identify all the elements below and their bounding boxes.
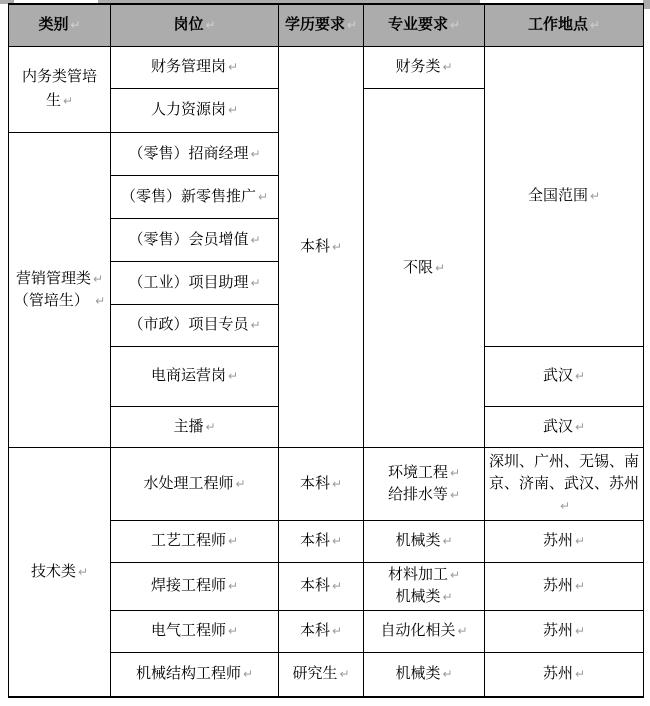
paragraph-mark-icon: ↵ [228,534,238,548]
paragraph-mark-icon: ↵ [205,18,215,32]
cell-text: 主播 [173,418,203,435]
cell-text: 电气工程师 [151,622,226,639]
paragraph-mark-icon: ↵ [450,466,460,480]
cell-text: 苏州 [543,665,573,682]
paragraph-mark-icon: ↵ [78,565,88,579]
header-education: 学历要求↵ [279,4,364,46]
paragraph-mark-icon: ↵ [243,667,253,681]
location-cell: 武汉↵ [485,406,644,447]
cropped-row-artifact [643,0,650,9]
cell-text: 人力资源岗 [151,101,226,118]
paragraph-mark-icon: ↵ [575,624,585,638]
cell-text: 材料加工 [388,566,448,583]
location-cell: 苏州↵ [485,520,644,562]
location-cell-merged: 全国范围↵ [485,46,644,346]
major-cell: 材料加工↵ 机械类↵ [364,562,485,610]
cell-text: 苏州 [543,532,573,549]
education-cell: 本科↵ [279,610,364,652]
category-cell-internal: 内务类管培生↵ [9,46,111,132]
paragraph-mark-icon: ↵ [332,477,342,491]
education-cell: 本科↵ [279,562,364,610]
paragraph-mark-icon: ↵ [575,579,585,593]
header-position: 岗位↵ [111,4,279,46]
paragraph-mark-icon: ↵ [347,18,357,32]
paragraph-mark-icon: ↵ [450,18,460,32]
cell-text: （市政）项目专员 [128,316,248,333]
paragraph-mark-icon: ↵ [450,568,460,582]
cell-text: （零售）招商经理 [128,145,248,162]
cell-text: 深圳、广州、无锡、南京、济南、武汉、苏州 [489,453,639,492]
header-text: 专业要求 [388,16,448,33]
major-cell: 财务类↵ [364,46,485,88]
cell-text: 工艺工程师 [151,532,226,549]
paragraph-mark-icon: ↵ [258,190,268,204]
cell-text: （管培生） [14,292,89,309]
paragraph-mark-icon: ↵ [590,189,600,203]
cell-text: 内务类管培生 [22,68,97,109]
paragraph-mark-icon: ↵ [332,534,342,548]
paragraph-mark-icon: ↵ [235,477,245,491]
location-cell: 苏州↵ [485,562,644,610]
header-text: 类别 [38,16,68,33]
position-cell: 工艺工程师↵ [111,520,279,562]
paragraph-mark-icon: ↵ [575,667,585,681]
major-cell: 机械类↵ [364,520,485,562]
cell-text: 本科 [300,475,330,492]
education-cell: 本科↵ [279,520,364,562]
location-cell: 苏州↵ [485,610,644,652]
cell-text: 电商运营岗 [151,367,226,384]
paragraph-mark-icon: ↵ [442,667,452,681]
header-location: 工作地点↵ [485,4,644,46]
paragraph-mark-icon: ↵ [442,60,452,74]
cell-text: 武汉 [543,418,573,435]
header-category: 类别↵ [9,4,111,46]
education-cell: 研究生↵ [279,652,364,697]
cell-text: 本科 [300,622,330,639]
paragraph-mark-icon: ↵ [560,499,570,513]
cell-text: 本科 [300,577,330,594]
header-text: 学历要求 [285,16,345,33]
location-cell: 苏州↵ [485,652,644,697]
position-cell: 水处理工程师↵ [111,447,279,520]
position-cell: 电气工程师↵ [111,610,279,652]
cell-text: 营销管理类 [16,270,91,287]
cell-text: （工业）项目助理 [128,274,248,291]
cell-text: 苏州 [543,622,573,639]
cell-text: 机械结构工程师 [136,665,241,682]
paragraph-mark-icon: ↵ [450,488,460,502]
paragraph-mark-icon: ↵ [63,94,73,108]
position-cell: 焊接工程师↵ [111,562,279,610]
cell-text: 本科 [300,532,330,549]
paragraph-mark-icon: ↵ [332,240,342,254]
paragraph-mark-icon: ↵ [575,534,585,548]
cell-text: 苏州 [543,577,573,594]
education-cell: 本科↵ [279,447,364,520]
education-cell-merged: 本科↵ [279,46,364,447]
major-cell: 机械类↵ [364,652,485,697]
paragraph-mark-icon: ↵ [228,60,238,74]
paragraph-mark-icon: ↵ [590,18,600,32]
cell-text: 财务类 [395,58,440,75]
paragraph-mark-icon: ↵ [250,233,260,247]
cell-text: 研究生 [292,665,337,682]
table-row: 内务类管培生↵ 财务管理岗↵ 本科↵ 财务类↵ 全国范围↵ [9,46,644,88]
header-text: 岗位 [173,16,203,33]
major-cell-merged: 不限↵ [364,88,485,447]
position-cell: （零售）会员增值↵ [111,218,279,261]
paragraph-mark-icon: ↵ [339,667,349,681]
cell-text: 机械类 [395,532,440,549]
paragraph-mark-icon: ↵ [95,294,105,308]
cell-text: 机械类 [395,665,440,682]
position-cell: 财务管理岗↵ [111,46,279,88]
cell-text: 技术类 [31,563,76,580]
paragraph-mark-icon: ↵ [332,579,342,593]
position-cell: 主播↵ [111,406,279,447]
cell-text: 本科 [300,238,330,255]
cell-text: 自动化相关 [380,622,455,639]
paragraph-mark-icon: ↵ [93,272,103,286]
category-cell-marketing: 营销管理类↵ （管培生） ↵ [9,132,111,447]
position-cell: （工业）项目助理↵ [111,261,279,304]
cell-text: 环境工程 [388,464,448,481]
table-row: 技术类↵ 水处理工程师↵ 本科↵ 环境工程↵ 给排水等↵ 深圳、广州、无锡、南京… [9,447,644,520]
header-major: 专业要求↵ [364,4,485,46]
paragraph-mark-icon: ↵ [250,318,260,332]
header-row: 类别↵ 岗位↵ 学历要求↵ 专业要求↵ 工作地点↵ [9,4,644,46]
cell-text: （零售）新零售推广 [121,188,256,205]
paragraph-mark-icon: ↵ [228,624,238,638]
cell-text: （零售）会员增值 [128,231,248,248]
cell-text: 不限 [403,259,433,276]
paragraph-mark-icon: ↵ [435,261,445,275]
paragraph-mark-icon: ↵ [205,420,215,434]
paragraph-mark-icon: ↵ [228,369,238,383]
category-cell-technical: 技术类↵ [9,447,111,697]
document-page: 类别↵ 岗位↵ 学历要求↵ 专业要求↵ 工作地点↵ 内务类管培生↵ 财务管理岗↵… [0,0,650,706]
cell-text: 给排水等 [388,486,448,503]
paragraph-mark-icon: ↵ [442,590,452,604]
paragraph-mark-icon: ↵ [575,369,585,383]
paragraph-mark-icon: ↵ [442,534,452,548]
position-cell: 人力资源岗↵ [111,88,279,132]
paragraph-mark-icon: ↵ [250,276,260,290]
location-cell: 武汉↵ [485,346,644,406]
location-cell: 深圳、广州、无锡、南京、济南、武汉、苏州↵ [485,447,644,520]
job-positions-table: 类别↵ 岗位↵ 学历要求↵ 专业要求↵ 工作地点↵ 内务类管培生↵ 财务管理岗↵… [8,3,644,698]
position-cell: 电商运营岗↵ [111,346,279,406]
cell-text: 武汉 [543,367,573,384]
paragraph-mark-icon: ↵ [457,624,467,638]
cell-text: 水处理工程师 [143,475,233,492]
paragraph-mark-icon: ↵ [250,147,260,161]
position-cell: （零售）新零售推广↵ [111,175,279,218]
paragraph-mark-icon: ↵ [332,624,342,638]
cell-text: 财务管理岗 [151,58,226,75]
cell-text: 焊接工程师 [151,577,226,594]
paragraph-mark-icon: ↵ [70,18,80,32]
cell-text: 机械类 [395,588,440,605]
position-cell: （市政）项目专员↵ [111,304,279,346]
major-cell: 自动化相关↵ [364,610,485,652]
paragraph-mark-icon: ↵ [228,579,238,593]
major-cell: 环境工程↵ 给排水等↵ [364,447,485,520]
position-cell: （零售）招商经理↵ [111,132,279,175]
position-cell: 机械结构工程师↵ [111,652,279,697]
paragraph-mark-icon: ↵ [228,103,238,117]
cell-text: 全国范围 [528,187,588,204]
header-text: 工作地点 [528,16,588,33]
paragraph-mark-icon: ↵ [575,420,585,434]
